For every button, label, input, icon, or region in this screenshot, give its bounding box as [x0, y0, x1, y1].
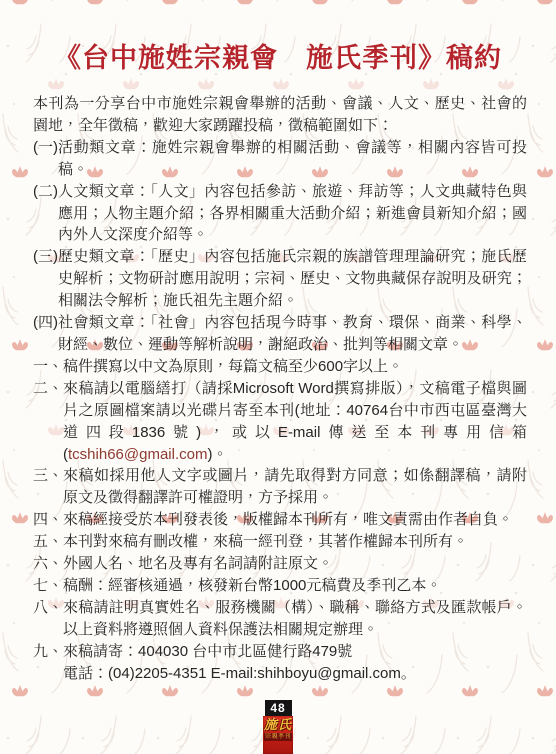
- item-marker: 九、: [33, 641, 63, 685]
- item-marker: (三): [33, 246, 58, 312]
- item-marker: 八、: [33, 597, 63, 641]
- rule-item-7: 七、 稿酬：經審核通過，核發新台幣1000元稿費及季刊乙本。: [33, 575, 527, 597]
- rule-item-9: 九、 來稿請寄：404030 台中市北區健行路479號 電話：(04)2205-…: [33, 641, 527, 685]
- rule-item-4: 四、 來稿經接受於本刊發表後，版權歸本刊所有，唯文責需由作者自負。: [33, 509, 527, 531]
- item-marker: 三、: [33, 465, 63, 509]
- item-text: 來稿如採用他人文字或圖片，請先取得對方同意；如係翻譯稿，請附原文及徵得翻譯許可權…: [63, 465, 527, 509]
- journal-red-tab: 施氏 宗親季刊: [263, 716, 293, 754]
- rule-item-6: 六、 外國人名、地名及專有名詞請附註原文。: [33, 553, 527, 575]
- category-item-3: (三) 歷史類文章：「歷史」內容包括施氏宗親的族譜管理理論研究；施氏歷史解析；文…: [33, 246, 527, 312]
- journal-tab-subtitle: 宗親季刊: [264, 733, 292, 741]
- item-text: 外國人名、地名及專有名詞請附註原文。: [63, 553, 527, 575]
- page-content: 《台中施姓宗親會 施氏季刊》稿約 本刊為一分享台中市施姓宗親會舉辦的活動、會議、…: [0, 40, 556, 684]
- rule-2-text-end: )。: [207, 446, 227, 463]
- item-marker: (二): [33, 181, 58, 247]
- category-item-1: (一) 活動類文章：施姓宗親會舉辦的相關活動、會議等，相關內容皆可投稿。: [33, 137, 527, 181]
- page-number: 48: [265, 700, 292, 716]
- item-text: 人文類文章：「人文」內容包括參訪、旅遊、拜訪等；人文典藏特色與應用；人物主題介紹…: [58, 181, 527, 247]
- rule-item-1: 一、 稿件撰寫以中文為原則，每篇文稿至少600字以上。: [33, 356, 527, 378]
- item-text: 來稿請以電腦繕打（請採Microsoft Word撰寫排版），文稿電子檔與圖片之…: [63, 378, 527, 466]
- category-item-2: (二) 人文類文章：「人文」內容包括參訪、旅遊、拜訪等；人文典藏特色與應用；人物…: [33, 181, 527, 247]
- category-item-4: (四) 社會類文章：「社會」內容包括現今時事、教育、環保、商業、科學、財經、數位…: [33, 312, 527, 356]
- item-marker: 六、: [33, 553, 63, 575]
- item-marker: 一、: [33, 356, 63, 378]
- phone-email-line: 電話：(04)2205-4351 E-mail:shihboyu@gmail.c…: [63, 663, 527, 685]
- submission-email: tcshih66@gmail.com: [68, 446, 207, 463]
- item-marker: 四、: [33, 509, 63, 531]
- item-text: 歷史類文章：「歷史」內容包括施氏宗親的族譜管理理論研究；施氏歷史解析；文物研討應…: [58, 246, 527, 312]
- item-text: 來稿經接受於本刊發表後，版權歸本刊所有，唯文責需由作者自負。: [63, 509, 527, 531]
- item-text: 稿件撰寫以中文為原則，每篇文稿至少600字以上。: [63, 356, 527, 378]
- rule-item-3: 三、 來稿如採用他人文字或圖片，請先取得對方同意；如係翻譯稿，請附原文及徵得翻譯…: [33, 465, 527, 509]
- submission-guidelines: 本刊為一分享台中市施姓宗親會舉辦的活動、會議、人文、歷史、社會的園地，全年徵稿，…: [33, 93, 527, 684]
- item-text: 來稿請寄：404030 台中市北區健行路479號 電話：(04)2205-435…: [63, 641, 527, 685]
- item-text: 活動類文章：施姓宗親會舉辦的相關活動、會議等，相關內容皆可投稿。: [58, 137, 527, 181]
- intro-paragraph: 本刊為一分享台中市施姓宗親會舉辦的活動、會議、人文、歷史、社會的園地，全年徵稿，…: [33, 93, 527, 137]
- rule-item-8: 八、 來稿請註明真實姓名、服務機關（構）、職稱、聯絡方式及匯款帳戶。以上資料將遵…: [33, 597, 527, 641]
- item-text: 本刊對來稿有刪改權，來稿一經刊登，其著作權歸本刊所有。: [63, 531, 527, 553]
- item-marker: 二、: [33, 378, 63, 466]
- item-text: 稿酬：經審核通過，核發新台幣1000元稿費及季刊乙本。: [63, 575, 527, 597]
- item-text: 社會類文章：「社會」內容包括現今時事、教育、環保、商業、科學、財經、數位、運動等…: [58, 312, 527, 356]
- mailing-address-line: 來稿請寄：404030 台中市北區健行路479號: [63, 641, 527, 663]
- item-marker: (一): [33, 137, 58, 181]
- page-title: 《台中施姓宗親會 施氏季刊》稿約: [18, 40, 538, 76]
- page-footer-tab: 48 施氏 宗親季刊: [263, 700, 293, 754]
- item-marker: (四): [33, 312, 58, 356]
- rule-item-2: 二、 來稿請以電腦繕打（請採Microsoft Word撰寫排版），文稿電子檔與…: [33, 378, 527, 466]
- item-marker: 五、: [33, 531, 63, 553]
- journal-tab-title: 施氏: [263, 716, 293, 732]
- item-marker: 七、: [33, 575, 63, 597]
- rule-item-5: 五、 本刊對來稿有刪改權，來稿一經刊登，其著作權歸本刊所有。: [33, 531, 527, 553]
- magazine-page: 《台中施姓宗親會 施氏季刊》稿約 本刊為一分享台中市施姓宗親會舉辦的活動、會議、…: [0, 0, 556, 754]
- item-text: 來稿請註明真實姓名、服務機關（構）、職稱、聯絡方式及匯款帳戶。以上資料將遵照個人…: [63, 597, 527, 641]
